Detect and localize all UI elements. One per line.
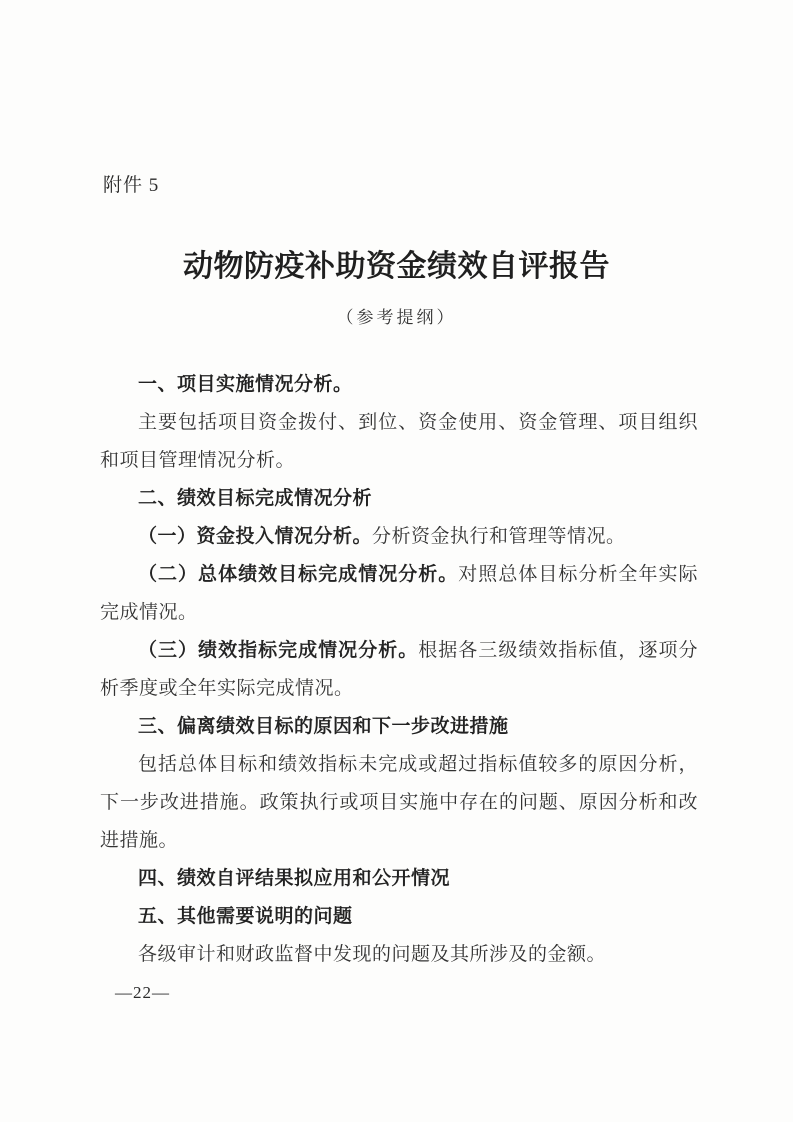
document-page: 附件 5 动物防疫补助资金绩效自评报告 （参考提纲） 一、项目实施情况分析。 主… [0,0,793,1122]
section-heading-4: 四、绩效自评结果拟应用和公开情况 [100,860,698,898]
sub-item-1: （一）资金投入情况分析。分析资金执行和管理等情况。 [100,518,698,556]
sub-item-2-lead: （二）总体绩效目标完成情况分析。 [138,564,458,585]
page-number: —22— [115,983,170,1003]
section-heading-3: 三、偏离绩效目标的原因和下一步改进措施 [100,708,698,746]
sub-item-3: （三）绩效指标完成情况分析。根据各三级绩效指标值，逐项分析季度或全年实际完成情况… [100,632,698,708]
document-body: 一、项目实施情况分析。 主要包括项目资金拨付、到位、资金使用、资金管理、项目组织… [100,366,698,974]
sub-item-1-rest: 分析资金执行和管理等情况。 [372,526,626,547]
section-5-body-paragraph: 各级审计和财政监督中发现的问题及其所涉及的金额。 [100,936,698,974]
section-3-body-paragraph: 包括总体目标和绩效指标未完成或超过指标值较多的原因分析，下一步改进措施。政策执行… [100,746,698,860]
attachment-label: 附件 5 [103,170,159,197]
document-subtitle: （参考提纲） [0,303,793,328]
section-heading-1: 一、项目实施情况分析。 [100,366,698,404]
document-title: 动物防疫补助资金绩效自评报告 [0,241,793,285]
sub-item-1-lead: （一）资金投入情况分析。 [138,526,372,547]
sub-item-3-lead: （三）绩效指标完成情况分析。 [138,640,418,661]
sub-item-2: （二）总体绩效目标完成情况分析。对照总体目标分析全年实际完成情况。 [100,556,698,632]
section-heading-5: 五、其他需要说明的问题 [100,898,698,936]
section-1-body-paragraph: 主要包括项目资金拨付、到位、资金使用、资金管理、项目组织和项目管理情况分析。 [100,404,698,480]
section-heading-2: 二、绩效目标完成情况分析 [100,480,698,518]
